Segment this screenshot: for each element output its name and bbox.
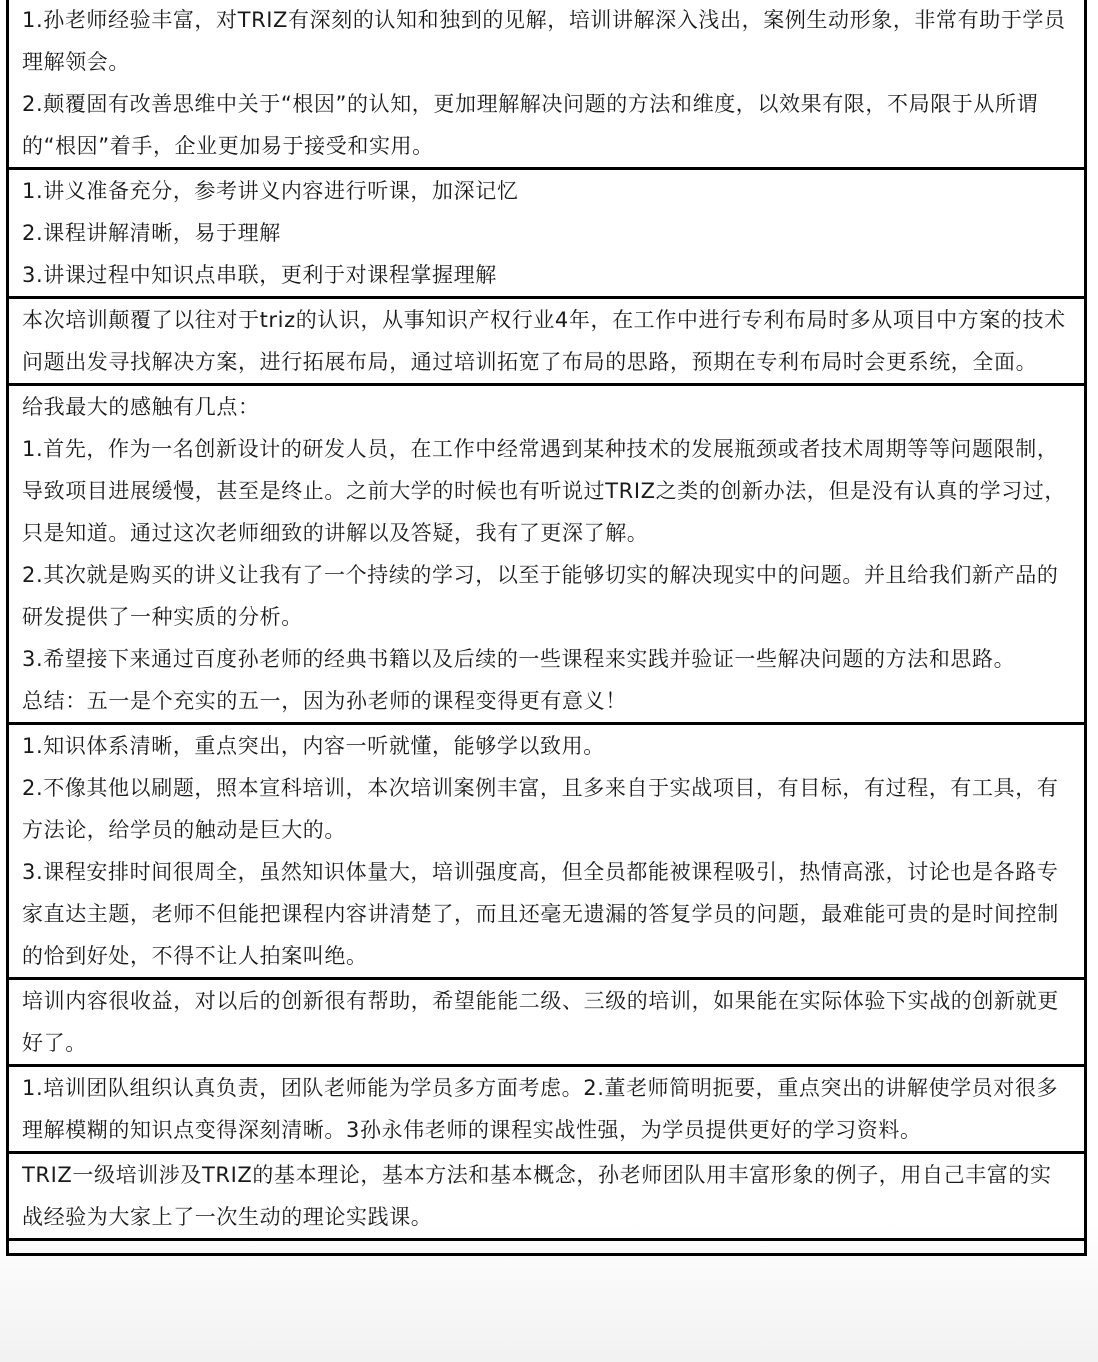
table-row: 本次培训颠覆了以往对于triz的认识，从事知识产权行业4年，在工作中进行专利布局… [8, 298, 1086, 385]
feedback-paragraph: 3.希望接下来通过百度孙老师的经典书籍以及后续的一些课程来实践并验证一些解决问题… [22, 638, 1072, 680]
feedback-paragraph: 本次培训颠覆了以往对于triz的认识，从事知识产权行业4年，在工作中进行专利布局… [22, 299, 1072, 383]
feedback-cell: 本次培训颠覆了以往对于triz的认识，从事知识产权行业4年，在工作中进行专利布局… [8, 298, 1086, 385]
feedback-cell: 1.培训团队组织认真负责，团队老师能为学员多方面考虑。2.董老师简明扼要，重点突… [8, 1066, 1086, 1153]
table-row: 1.孙老师经验丰富，对TRIZ有深刻的认知和独到的见解，培训讲解深入浅出，案例生… [8, 0, 1086, 169]
feedback-paragraph: 1.知识体系清晰，重点突出，内容一听就懂，能够学以致用。 [22, 725, 1072, 767]
table-row: 1.培训团队组织认真负责，团队老师能为学员多方面考虑。2.董老师简明扼要，重点突… [8, 1066, 1086, 1153]
feedback-paragraph: 2.颠覆固有改善思维中关于“根因”的认知，更加理解解决问题的方法和维度，以效果有… [22, 83, 1072, 167]
feedback-paragraph: 1.孙老师经验丰富，对TRIZ有深刻的认知和独到的见解，培训讲解深入浅出，案例生… [22, 0, 1072, 83]
feedback-cell: 1.知识体系清晰，重点突出，内容一听就懂，能够学以致用。 2.不像其他以刷题，照… [8, 724, 1086, 979]
feedback-table: 1.孙老师经验丰富，对TRIZ有深刻的认知和独到的见解，培训讲解深入浅出，案例生… [6, 0, 1087, 1256]
feedback-paragraph: 3.课程安排时间很周全，虽然知识体量大，培训强度高，但全员都能被课程吸引，热情高… [22, 851, 1072, 977]
feedback-paragraph: 3.讲课过程中知识点串联，更利于对课程掌握理解 [22, 254, 1072, 296]
feedback-cell: 1.孙老师经验丰富，对TRIZ有深刻的认知和独到的见解，培训讲解深入浅出，案例生… [8, 0, 1086, 169]
feedback-cell-partial [8, 1240, 1086, 1255]
feedback-paragraph: 2.其次就是购买的讲义让我有了一个持续的学习，以至于能够切实的解决现实中的问题。… [22, 554, 1072, 638]
table-row: 培训内容很收益，对以后的创新很有帮助，希望能能二级、三级的培训，如果能在实际体验… [8, 979, 1086, 1066]
feedback-paragraph: 给我最大的感触有几点： [22, 386, 1072, 428]
table-row: 给我最大的感触有几点： 1.首先，作为一名创新设计的研发人员，在工作中经常遇到某… [8, 385, 1086, 724]
table-row-partial [8, 1240, 1086, 1255]
feedback-paragraph: 1.培训团队组织认真负责，团队老师能为学员多方面考虑。2.董老师简明扼要，重点突… [22, 1067, 1072, 1151]
feedback-cell: TRIZ一级培训涉及TRIZ的基本理论，基本方法和基本概念，孙老师团队用丰富形象… [8, 1153, 1086, 1240]
feedback-paragraph: 1.首先，作为一名创新设计的研发人员，在工作中经常遇到某种技术的发展瓶颈或者技术… [22, 428, 1072, 554]
feedback-paragraph: 培训内容很收益，对以后的创新很有帮助，希望能能二级、三级的培训，如果能在实际体验… [22, 980, 1072, 1064]
feedback-paragraph: 2.不像其他以刷题，照本宣科培训，本次培训案例丰富，且多来自于实战项目，有目标，… [22, 767, 1072, 851]
feedback-paragraph: 2.课程讲解清晰，易于理解 [22, 212, 1072, 254]
feedback-paragraph: TRIZ一级培训涉及TRIZ的基本理论，基本方法和基本概念，孙老师团队用丰富形象… [22, 1154, 1072, 1238]
feedback-paragraph: 1.讲义准备充分，参考讲义内容进行听课，加深记忆 [22, 170, 1072, 212]
table-row: TRIZ一级培训涉及TRIZ的基本理论，基本方法和基本概念，孙老师团队用丰富形象… [8, 1153, 1086, 1240]
table-row: 1.讲义准备充分，参考讲义内容进行听课，加深记忆 2.课程讲解清晰，易于理解 3… [8, 169, 1086, 298]
feedback-cell: 1.讲义准备充分，参考讲义内容进行听课，加深记忆 2.课程讲解清晰，易于理解 3… [8, 169, 1086, 298]
feedback-cell: 培训内容很收益，对以后的创新很有帮助，希望能能二级、三级的培训，如果能在实际体验… [8, 979, 1086, 1066]
table-row: 1.知识体系清晰，重点突出，内容一听就懂，能够学以致用。 2.不像其他以刷题，照… [8, 724, 1086, 979]
feedback-cell: 给我最大的感触有几点： 1.首先，作为一名创新设计的研发人员，在工作中经常遇到某… [8, 385, 1086, 724]
feedback-summary: 总结：五一是个充实的五一，因为孙老师的课程变得更有意义！ [22, 680, 1072, 722]
